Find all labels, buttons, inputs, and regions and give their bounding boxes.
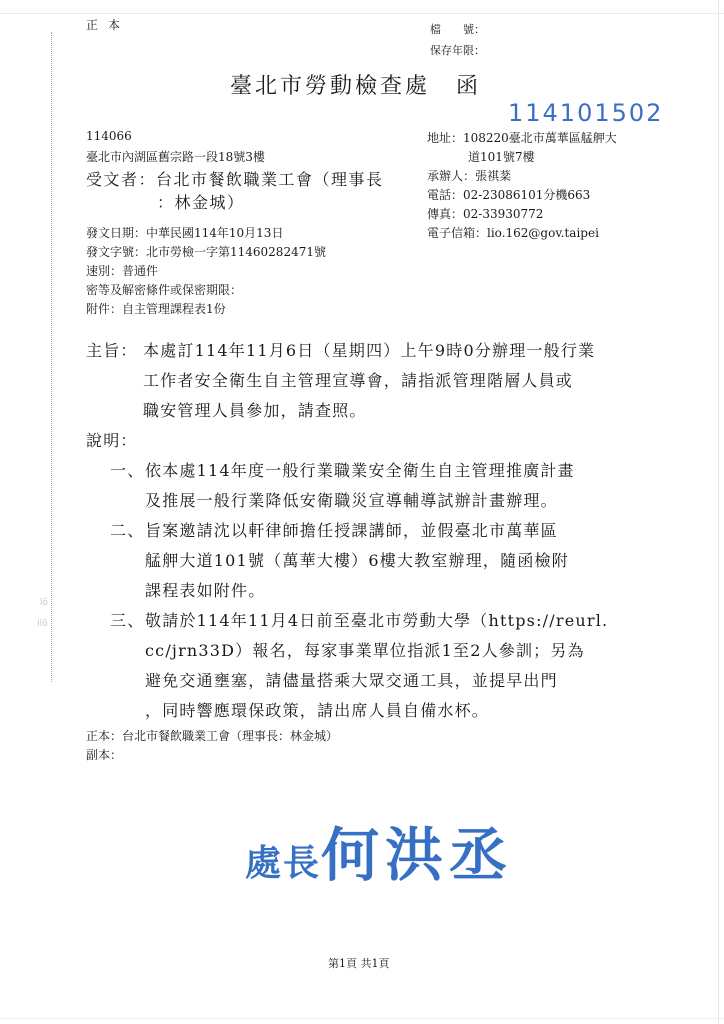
agency-name: 臺北市勞動檢查處 <box>230 74 430 99</box>
page-edge-top <box>0 13 724 14</box>
receipt-stamp-number: 114101502 <box>508 99 663 127</box>
page-number: 第1頁 共1頁 <box>328 955 390 971</box>
subject-label: 主旨： <box>86 338 138 361</box>
confidentiality: 密等及解密條件或保密期限： <box>86 281 242 298</box>
recipient-label: 受文者： <box>86 170 156 189</box>
subject-line: 本處訂114年11月6日（星期四）上午9時0分辦理一般行業 <box>143 338 595 361</box>
contact-fax: 傳真：02-33930772 <box>427 205 543 222</box>
issue-date: 發文日期：中華民國114年10月13日 <box>86 224 283 241</box>
recipient-address: 臺北市內湖區舊宗路一段18號3樓 <box>86 148 265 165</box>
signature-title: 處長 <box>245 842 321 884</box>
document-type: 函 <box>456 74 481 99</box>
subject-line: 工作者安全衛生自主管理宣導會，請指派管理階層人員或 <box>143 368 573 391</box>
explanation-line: 依本處114年度一般行業職業安全衛生自主管理推廣計畫 <box>145 458 575 481</box>
explanation-line: 避免交通壅塞，請儘量搭乘大眾交通工具，並提早出門 <box>145 668 558 691</box>
issue-number: 發文字號：北市勞檢一字第11460282471號 <box>86 243 326 260</box>
recipient: 受文者：台北市餐飲職業工會（理事長 <box>86 167 384 190</box>
delivery-speed: 速別：普通件 <box>86 262 158 279</box>
page-edge-bottom <box>0 1018 724 1019</box>
attachment: 附件：自主管理課程表1份 <box>86 300 226 317</box>
page-edge-right <box>718 0 719 1024</box>
explanation-line: 艋舺大道101號（萬華大樓）6樓大教室辦理，隨函檢附 <box>145 548 569 571</box>
explanation-line: 敬請於114年11月4日前至臺北市勞動大學（https://reurl. <box>145 608 608 631</box>
explanation-line: cc/jrn33D）報名，每家事業單位指派1至2人參訓；另為 <box>145 638 585 661</box>
recipient-name-line2: ：林金城） <box>157 190 245 213</box>
file-number-label: 檔 號： <box>430 21 485 37</box>
explanation-label: 說明： <box>86 428 138 451</box>
sender-postal-code: 114066 <box>86 129 132 143</box>
contact-address-line1: 地址：108220臺北市萬華區艋舺大 <box>427 129 617 146</box>
binding-margin-line <box>51 32 52 682</box>
explanation-line: 及推展一般行業降低安衛職災宣導輔導試辦計畫辦理。 <box>145 488 558 511</box>
contact-address-line2: 道101號7樓 <box>468 148 535 165</box>
copy-type: 正本 <box>86 16 130 33</box>
subject-line: 職安管理人員參加，請查照。 <box>143 398 367 421</box>
retention-label: 保存年限： <box>430 42 485 58</box>
recipient-name-line1: 台北市餐飲職業工會（理事長 <box>156 170 384 189</box>
original-recipient: 正本：台北市餐飲職業工會（理事長：林金城） <box>86 727 338 744</box>
copy-recipient: 副本： <box>86 746 122 763</box>
contact-handler: 承辦人：張祺棻 <box>427 167 511 184</box>
document-title: 臺北市勞動檢查處函 <box>230 69 481 100</box>
explanation-marker: 一、 <box>110 458 144 481</box>
director-signature-stamp: 處長何洪丞 <box>245 808 513 892</box>
explanation-line: 課程表如附件。 <box>145 578 265 601</box>
margin-mark: Ilõ <box>37 619 48 629</box>
explanation-marker: 三、 <box>110 608 144 631</box>
contact-phone: 電話：02-23086101分機663 <box>427 186 590 203</box>
margin-mark: lõ <box>40 598 48 608</box>
explanation-marker: 二、 <box>110 518 144 541</box>
contact-email: 電子信箱：lio.162@gov.taipei <box>427 224 599 241</box>
explanation-line: 旨案邀請沈以軒律師擔任授課講師，並假臺北市萬華區 <box>145 518 558 541</box>
signature-name: 何洪丞 <box>321 821 513 889</box>
explanation-line: ，同時響應環保政策，請出席人員自備水杯。 <box>145 698 489 721</box>
